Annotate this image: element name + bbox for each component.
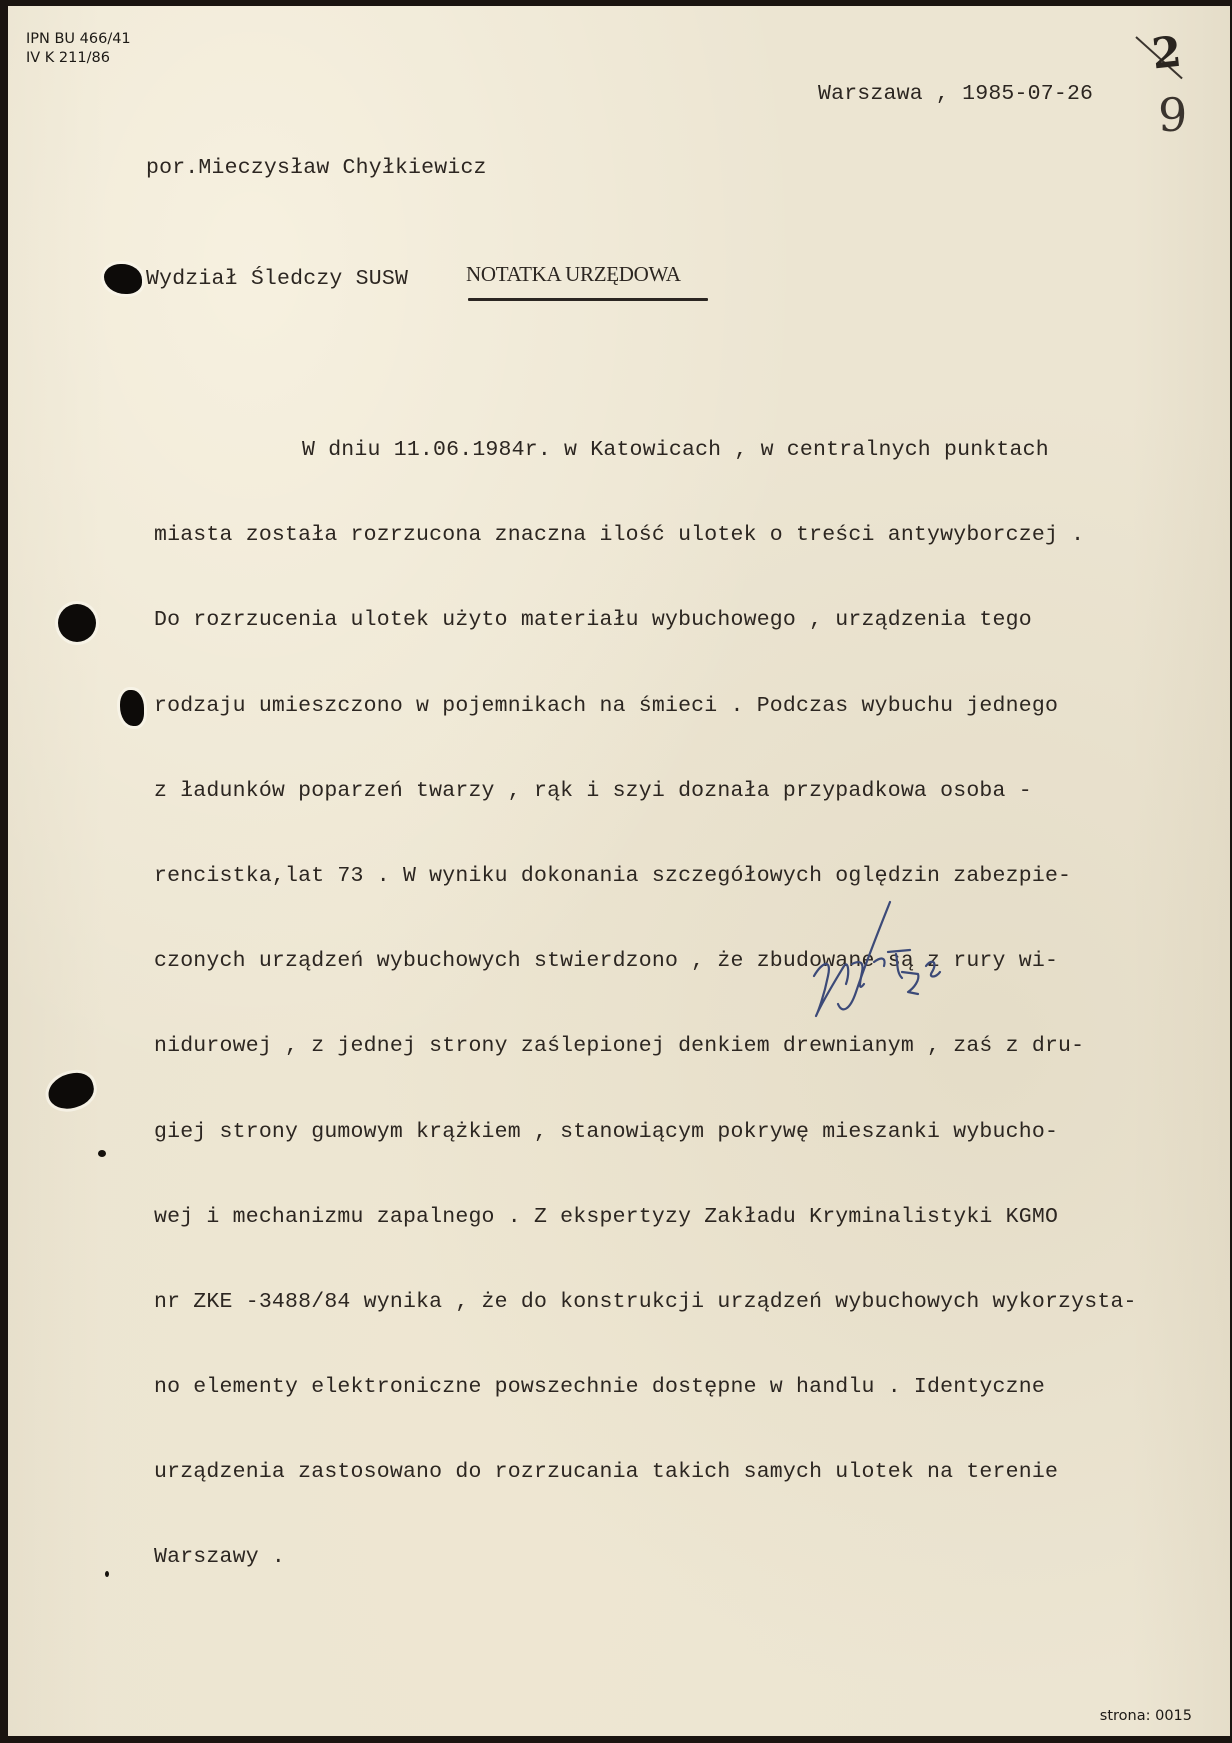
body-line: urządzenia zastosowano do rozrzucania ta… [154,1454,1137,1491]
body-line: giej strony gumowym krążkiem , stanowiąc… [154,1114,1137,1151]
place-and-date: Warszawa , 1985-07-26 [818,76,1093,113]
body-line: czonych urządzeń wybuchowych stwierdzono… [154,943,1137,980]
page-number-footer: strona: 0015 [1100,1708,1192,1724]
body-line: Warszawy . [154,1539,1137,1576]
sender-name: por.Mieczysław Chyłkiewicz [146,150,487,187]
body-line: z ładunków poparzeń twarzy , rąk i szyi … [154,773,1137,810]
body-line: rencistka,lat 73 . W wyniku dokonania sz… [154,858,1137,895]
body-line: nidurowej , z jednej strony zaślepionej … [154,1028,1137,1065]
punch-hole [104,264,142,294]
signature [778,892,978,1022]
body-line: rodzaju umieszczono w pojemnikach na śmi… [154,688,1137,725]
archive-reference-line-2: IV K 211/86 [26,49,131,68]
body-line: Do rozrzucenia ulotek użyto materiału wy… [154,602,1137,639]
document-title: NOTATKA URZĘDOWA [466,262,681,287]
document-page: IPN BU 466/41 IV K 211/86 por.Mieczysław… [8,6,1230,1736]
handwritten-page-number: 9 [1158,88,1187,142]
punch-hole [58,604,96,642]
handwritten-page-number-crossed: 2 [1150,27,1184,79]
body-line: no elementy elektroniczne powszechnie do… [154,1369,1137,1406]
paper-speck [105,1571,109,1577]
document-body: W dniu 11.06.1984r. w Katowicach , w cen… [154,384,1137,1625]
punch-hole [44,1069,97,1114]
title-underline [468,298,708,301]
body-line: wej i mechanizmu zapalnego . Z ekspertyz… [154,1199,1137,1236]
sender-block: por.Mieczysław Chyłkiewicz Wydział Śledc… [146,76,487,372]
archive-reference-line-1: IPN BU 466/41 [26,30,131,49]
body-line: nr ZKE -3488/84 wynika , że do konstrukc… [154,1284,1137,1321]
punch-hole [120,690,144,726]
sender-department: Wydział Śledczy SUSW [146,261,487,298]
paper-speck [98,1150,106,1157]
body-line: miasta została rozrzucona znaczna ilość … [154,517,1137,554]
body-line: W dniu 11.06.1984r. w Katowicach , w cen… [154,432,1137,469]
archive-reference: IPN BU 466/41 IV K 211/86 [26,30,131,68]
